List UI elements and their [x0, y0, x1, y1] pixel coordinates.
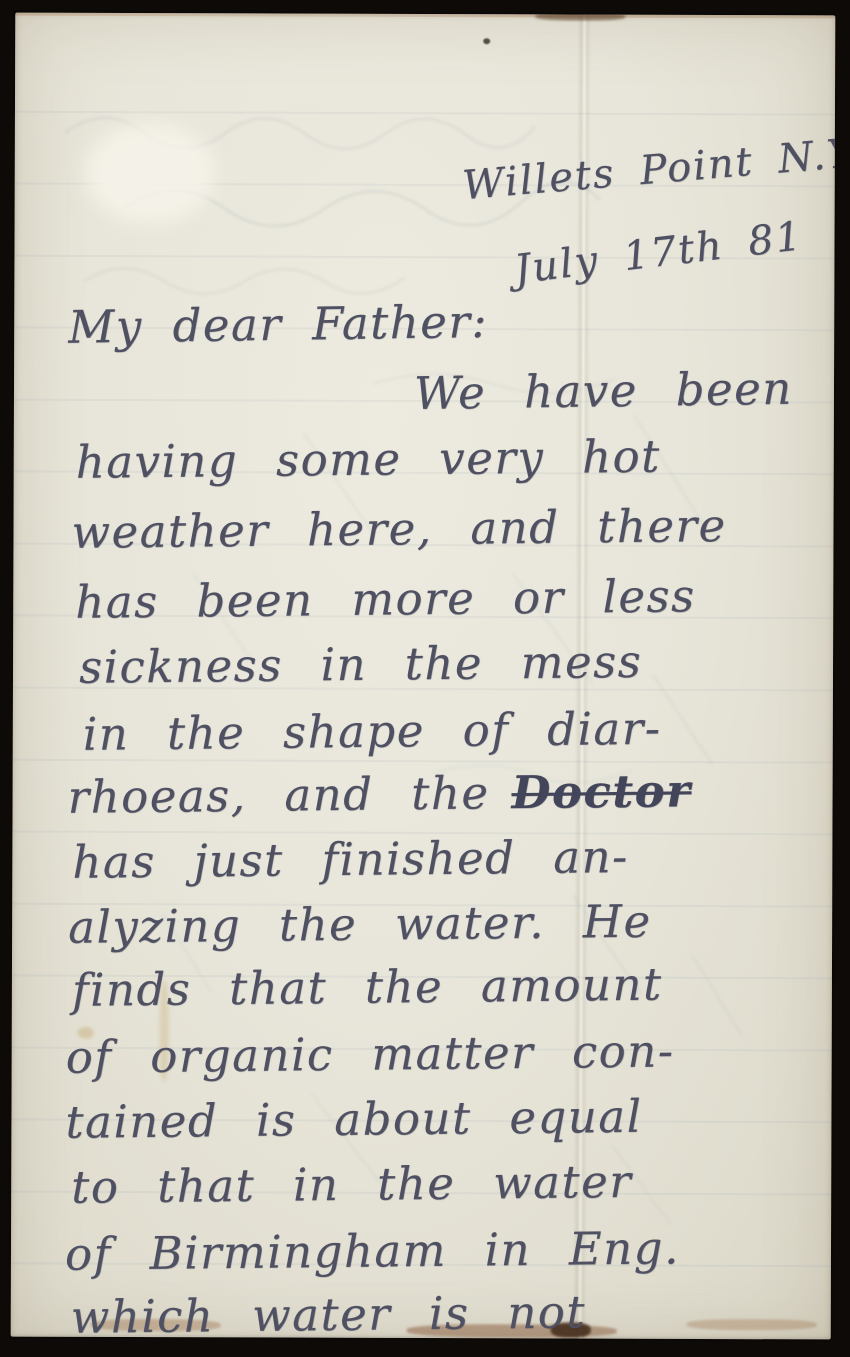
- letter-page: Willets Point N.Y.H. July 17th 81 My dea…: [11, 13, 836, 1340]
- letter-body-line: rhoeas, and theDoctor: [67, 768, 691, 820]
- struck-word-doctor: Doctor: [511, 764, 691, 819]
- letter-body-line-text: rhoeas, and the: [67, 766, 489, 823]
- letter-body-line: alyzing the water. He: [68, 899, 652, 950]
- letter-salutation: My dear Father:: [68, 299, 488, 350]
- letter-body-line: tained is about equal: [65, 1094, 643, 1145]
- letter-body-line: having some very hot: [76, 434, 661, 485]
- top-edge-fox-mark: [535, 13, 625, 21]
- letter-body-line: has been more or less: [75, 573, 696, 624]
- letter-body-line: which water is not: [71, 1289, 587, 1339]
- bottom-edge-fox-mark: [687, 1319, 817, 1330]
- letter-body-line: weather here, and there: [71, 503, 727, 555]
- letter-body-line: We have been: [414, 366, 793, 416]
- letter-body-line: of Birmingham in Eng.: [65, 1225, 680, 1276]
- letter-body-line: of organic matter con-: [65, 1028, 674, 1079]
- letter-body-line: in the shape of diar-: [83, 706, 662, 757]
- letter-body-line: finds that the amount: [72, 962, 663, 1013]
- letter-body-line: to that in the water: [71, 1159, 632, 1210]
- letter-body-line: sickness in the mess: [79, 639, 643, 690]
- letter-body-line: has just finished an-: [72, 834, 629, 885]
- letter-photo: Willets Point N.Y.H. July 17th 81 My dea…: [0, 0, 850, 1357]
